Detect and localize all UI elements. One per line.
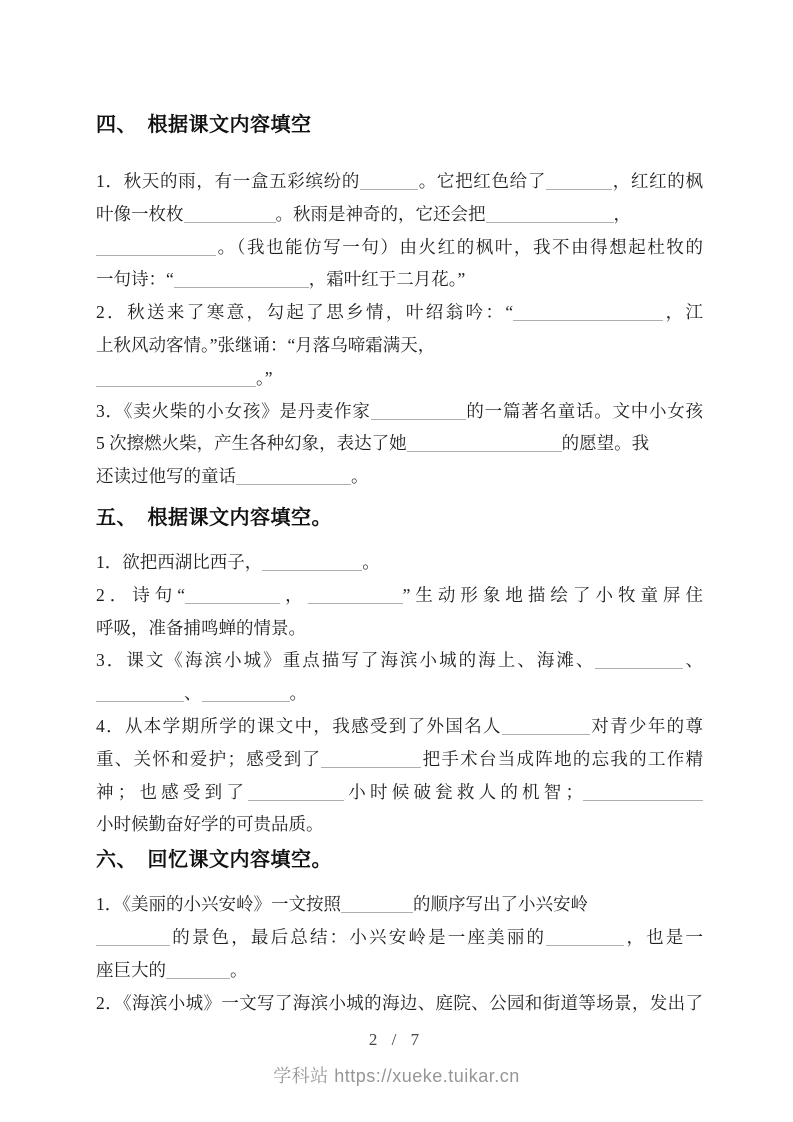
question-line: 呼吸，准备捕鸣蝉的情景。 xyxy=(96,612,703,645)
text-run: 。 xyxy=(290,683,308,703)
text-run: 、 xyxy=(184,683,202,703)
text-run: 。” xyxy=(256,368,273,388)
text-run: 把手术台当成阵地的忘我的工作精 xyxy=(421,749,703,769)
blank-field xyxy=(202,687,290,702)
question-line: 4．从本学期所学的课文中，我感受到了外国名人对青少年的尊 xyxy=(96,710,703,743)
blank-field xyxy=(407,437,562,452)
question-line: 。” xyxy=(96,362,703,395)
text-run: 的顺序写出了小兴安岭 xyxy=(413,894,588,914)
question-line: 3．课文《海滨小城》重点描写了海滨小城的海上、海滩、、 xyxy=(96,644,703,677)
section-body: 1．欲把西湖比西子，。2．诗句“，”生动形象地描绘了小牧童屏住呼吸，准备捕鸣蝉的… xyxy=(96,546,703,841)
question-line: 神；也感受到了小时候破瓮救人的机智； xyxy=(96,776,703,809)
question-line: 1．《美丽的小兴安岭》一文按照的顺序写出了小兴安岭 xyxy=(96,888,703,921)
text-run: 呼吸，准备捕鸣蝉的情景。 xyxy=(96,618,306,638)
text-run: 5 次擦燃火柴，产生各种幻象，表达了她 xyxy=(96,433,407,453)
blank-field xyxy=(174,273,309,288)
text-run: 的一篇著名童话。文中小女孩 xyxy=(466,401,703,421)
question-line: 重、关怀和爱护；感受到了把手术台当成阵地的忘我的工作精 xyxy=(96,743,703,776)
section-6-recall-fill-in: 六、 回忆课文内容填空。 1．《美丽的小兴安岭》一文按照的顺序写出了小兴安岭的景… xyxy=(96,847,703,1019)
question-line: 1．秋天的雨，有一盒五彩缤纷的。它把红色给了，红红的枫 xyxy=(96,165,703,198)
question-line: 。（我也能仿写一句）由火红的枫叶，我不由得想起杜牧的 xyxy=(96,231,703,264)
text-run: 2．《海滨小城》一文写了海滨小城的海边、庭院、公园和街道等场景，发出了 xyxy=(96,993,703,1013)
blank-field xyxy=(360,175,418,190)
blank-field xyxy=(321,753,421,768)
blank-field xyxy=(96,687,184,702)
text-run: 、 xyxy=(683,650,703,670)
blank-field xyxy=(341,898,413,913)
section-title: 六、 回忆课文内容填空。 xyxy=(96,847,703,874)
blank-field xyxy=(166,964,230,979)
worksheet-content: 四、 根据课文内容填空 1．秋天的雨，有一盒五彩缤纷的。它把红色给了，红红的枫叶… xyxy=(96,0,703,1019)
question-line: 2．秋送来了寒意，勾起了思乡情，叶绍翁吟：“，江 xyxy=(96,296,703,329)
question-line: 的景色，最后总结：小兴安岭是一座美丽的，也是一 xyxy=(96,921,703,954)
text-run: ， xyxy=(614,204,632,224)
text-run: 。（我也能仿写一句）由火红的枫叶，我不由得想起杜牧的 xyxy=(216,237,703,257)
blank-field xyxy=(583,786,703,801)
text-run: 2．诗句“ xyxy=(96,585,185,605)
text-run: 3．课文《海滨小城》重点描写了海滨小城的海上、海滩、 xyxy=(96,650,595,670)
text-run: 4．从本学期所学的课文中，我感受到了外国名人 xyxy=(96,716,502,736)
blank-field xyxy=(486,208,614,223)
blank-field xyxy=(96,931,170,946)
text-run: 一句诗：“ xyxy=(96,269,174,289)
question-line: 5 次擦燃火柴，产生各种幻象，表达了她的愿望。我 xyxy=(96,427,703,460)
blank-field xyxy=(371,405,466,420)
text-run: 。秋雨是神奇的，它还会把 xyxy=(276,204,486,224)
question-line: 、。 xyxy=(96,677,703,710)
worksheet-page: 四、 根据课文内容填空 1．秋天的雨，有一盒五彩缤纷的。它把红色给了，红红的枫叶… xyxy=(0,0,793,1122)
blank-field xyxy=(595,654,683,669)
blank-field xyxy=(248,786,344,801)
question-line: 2．诗句“，”生动形象地描绘了小牧童屏住 xyxy=(96,579,703,612)
text-run: ，红红的枫 xyxy=(612,171,703,191)
question-line: 上秋风动客情。”张继诵：“月落乌啼霜满天， xyxy=(96,329,703,362)
question-line: 小时候勤奋好学的可贵品质。 xyxy=(96,808,703,841)
text-run: 3．《卖火柴的小女孩》是丹麦作家 xyxy=(96,401,371,421)
site-credit-watermark: 学科站 https://xueke.tuikar.cn xyxy=(0,1062,793,1088)
question-line: 一句诗：“，霜叶红于二月花。” xyxy=(96,263,703,296)
text-run: ”生动形象地描绘了小牧童屏住 xyxy=(403,585,703,605)
text-run: 重、关怀和爱护；感受到了 xyxy=(96,749,321,769)
question-line: 还读过他写的童话。 xyxy=(96,460,703,493)
text-run: ，也是一 xyxy=(624,927,703,947)
text-run: 。它把红色给了 xyxy=(418,171,546,191)
question-line: 叶像一枚枚。秋雨是神奇的，它还会把， xyxy=(96,198,703,231)
text-run: 。 xyxy=(230,960,248,980)
blank-field xyxy=(502,720,590,735)
section-body: 1．秋天的雨，有一盒五彩缤纷的。它把红色给了，红红的枫叶像一枚枚。秋雨是神奇的，… xyxy=(96,165,703,493)
text-run: 叶像一枚枚 xyxy=(96,204,184,224)
blank-field xyxy=(96,372,256,387)
section-5-fill-in-from-text: 五、 根据课文内容填空。 1．欲把西湖比西子，。2．诗句“，”生动形象地描绘了小… xyxy=(96,505,703,841)
question-line: 3．《卖火柴的小女孩》是丹麦作家的一篇著名童话。文中小女孩 xyxy=(96,395,703,428)
blank-field xyxy=(308,589,403,604)
blank-field xyxy=(96,241,216,256)
blank-field xyxy=(236,470,351,485)
text-run: 的愿望。我 xyxy=(562,433,650,453)
text-run: 1．《美丽的小兴安岭》一文按照 xyxy=(96,894,341,914)
blank-field xyxy=(546,175,612,190)
text-run: 小时候勤奋好学的可贵品质。 xyxy=(96,814,324,834)
blank-field xyxy=(546,931,624,946)
text-run: 的景色，最后总结：小兴安岭是一座美丽的 xyxy=(170,927,546,947)
blank-field xyxy=(262,556,362,571)
question-line: 1．欲把西湖比西子，。 xyxy=(96,546,703,579)
section-title: 四、 根据课文内容填空 xyxy=(96,112,703,139)
text-run: 座巨大的 xyxy=(96,960,166,980)
text-run: 上秋风动客情。”张继诵：“月落乌啼霜满天， xyxy=(96,335,435,355)
question-line: 2．《海滨小城》一文写了海滨小城的海边、庭院、公园和街道等场景，发出了 xyxy=(96,987,703,1020)
blank-field xyxy=(185,589,280,604)
text-run: ，江 xyxy=(663,302,703,322)
text-run: 神；也感受到了 xyxy=(96,782,248,802)
text-run: 1．秋天的雨，有一盒五彩缤纷的 xyxy=(96,171,360,191)
text-run: 还读过他写的童话 xyxy=(96,466,236,486)
text-run: 。 xyxy=(362,552,380,572)
question-line: 座巨大的。 xyxy=(96,954,703,987)
section-4-fill-in-from-text: 四、 根据课文内容填空 1．秋天的雨，有一盒五彩缤纷的。它把红色给了，红红的枫叶… xyxy=(96,112,703,493)
blank-field xyxy=(184,208,276,223)
text-run: 1．欲把西湖比西子， xyxy=(96,552,262,572)
text-run: ， xyxy=(280,585,308,605)
text-run: 。 xyxy=(351,466,369,486)
blank-field xyxy=(513,306,663,321)
text-run: 小时候破瓮救人的机智； xyxy=(344,782,583,802)
text-run: 2．秋送来了寒意，勾起了思乡情，叶绍翁吟：“ xyxy=(96,302,513,322)
section-body: 1．《美丽的小兴安岭》一文按照的顺序写出了小兴安岭的景色，最后总结：小兴安岭是一… xyxy=(96,888,703,1019)
text-run: 对青少年的尊 xyxy=(590,716,703,736)
text-run: ，霜叶红于二月花。” xyxy=(309,269,466,289)
section-title: 五、 根据课文内容填空。 xyxy=(96,505,703,532)
page-number: 2 / 7 xyxy=(0,1030,793,1050)
